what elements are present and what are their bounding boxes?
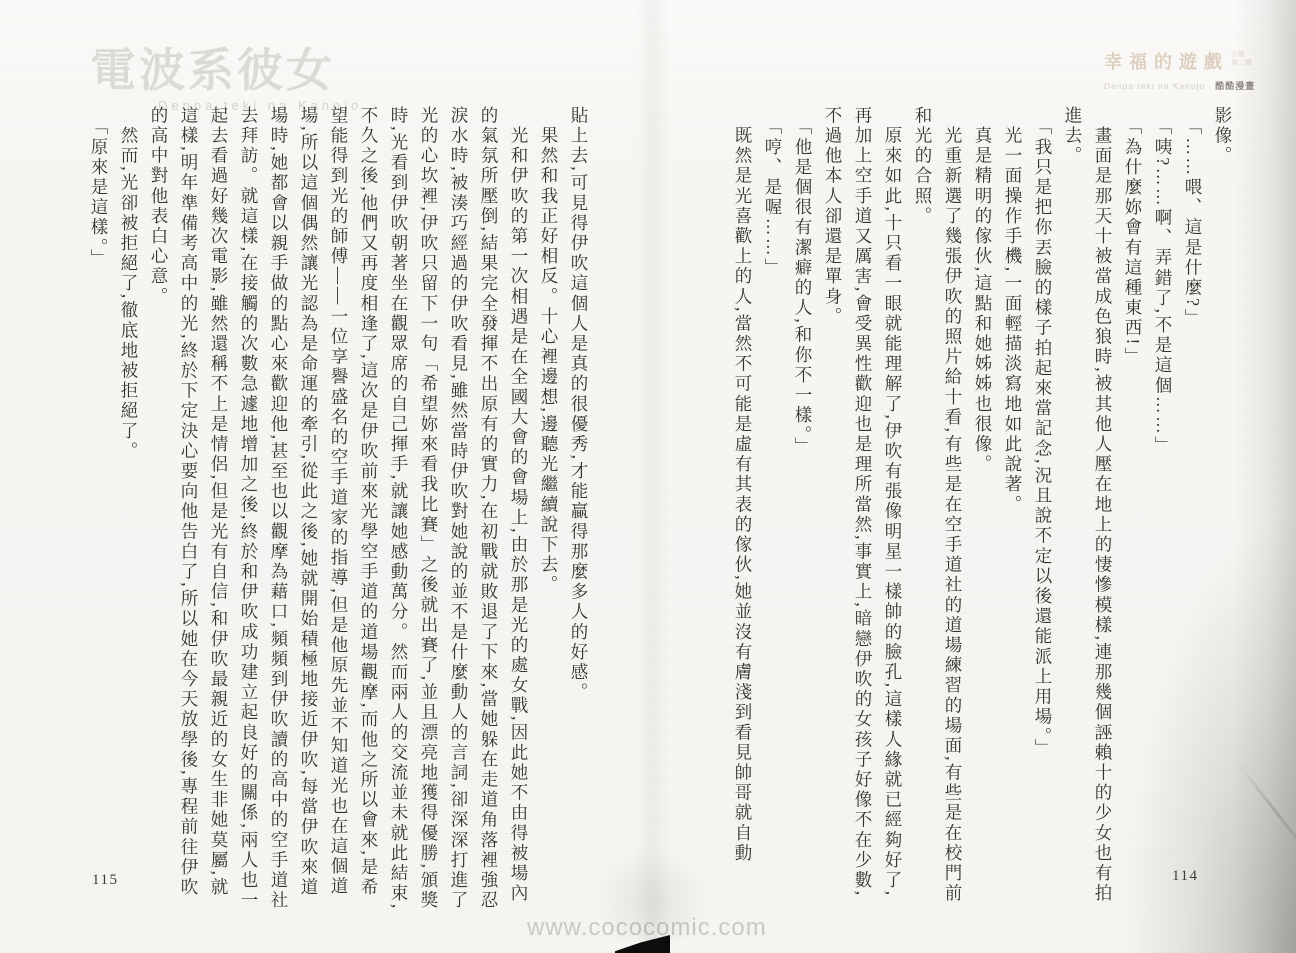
page-curl-shadow	[1234, 0, 1296, 953]
series-logo-title: 電波系彼女	[90, 34, 362, 100]
series-logo: 電波系彼女 Denpa teki na Kanojo	[90, 34, 362, 113]
page-number-left: 115	[92, 872, 118, 889]
page-left-body-text: 貼上去,可見得伊吹這個人是真的很優秀,才能贏得那麼多人的好感。 果然和我正好相反…	[82, 106, 594, 912]
watermark-url: www.cococomic.com	[527, 914, 767, 942]
scan-crease-streak	[1237, 763, 1296, 859]
volume-corner-header: 幸福的遊戲 小說 第二彈 Denpa teki na Kanojo 酷酷漫畫	[1104, 48, 1284, 94]
volume-side-note: 小說 第二彈	[1231, 50, 1252, 68]
scanlation-badge: 酷酷漫畫	[1215, 81, 1255, 91]
page-number-right: 114	[1172, 868, 1198, 885]
volume-romaji: Denpa teki na Kanojo	[1104, 81, 1205, 91]
page-gutter-seam	[636, 0, 670, 953]
page-right-body-text: 影像。 「……喂、這是什麼?」 「咦?……啊、弄錯了,不是這個……」 「為什麼妳…	[724, 106, 1238, 912]
volume-title: 幸福的遊戲	[1104, 48, 1229, 74]
